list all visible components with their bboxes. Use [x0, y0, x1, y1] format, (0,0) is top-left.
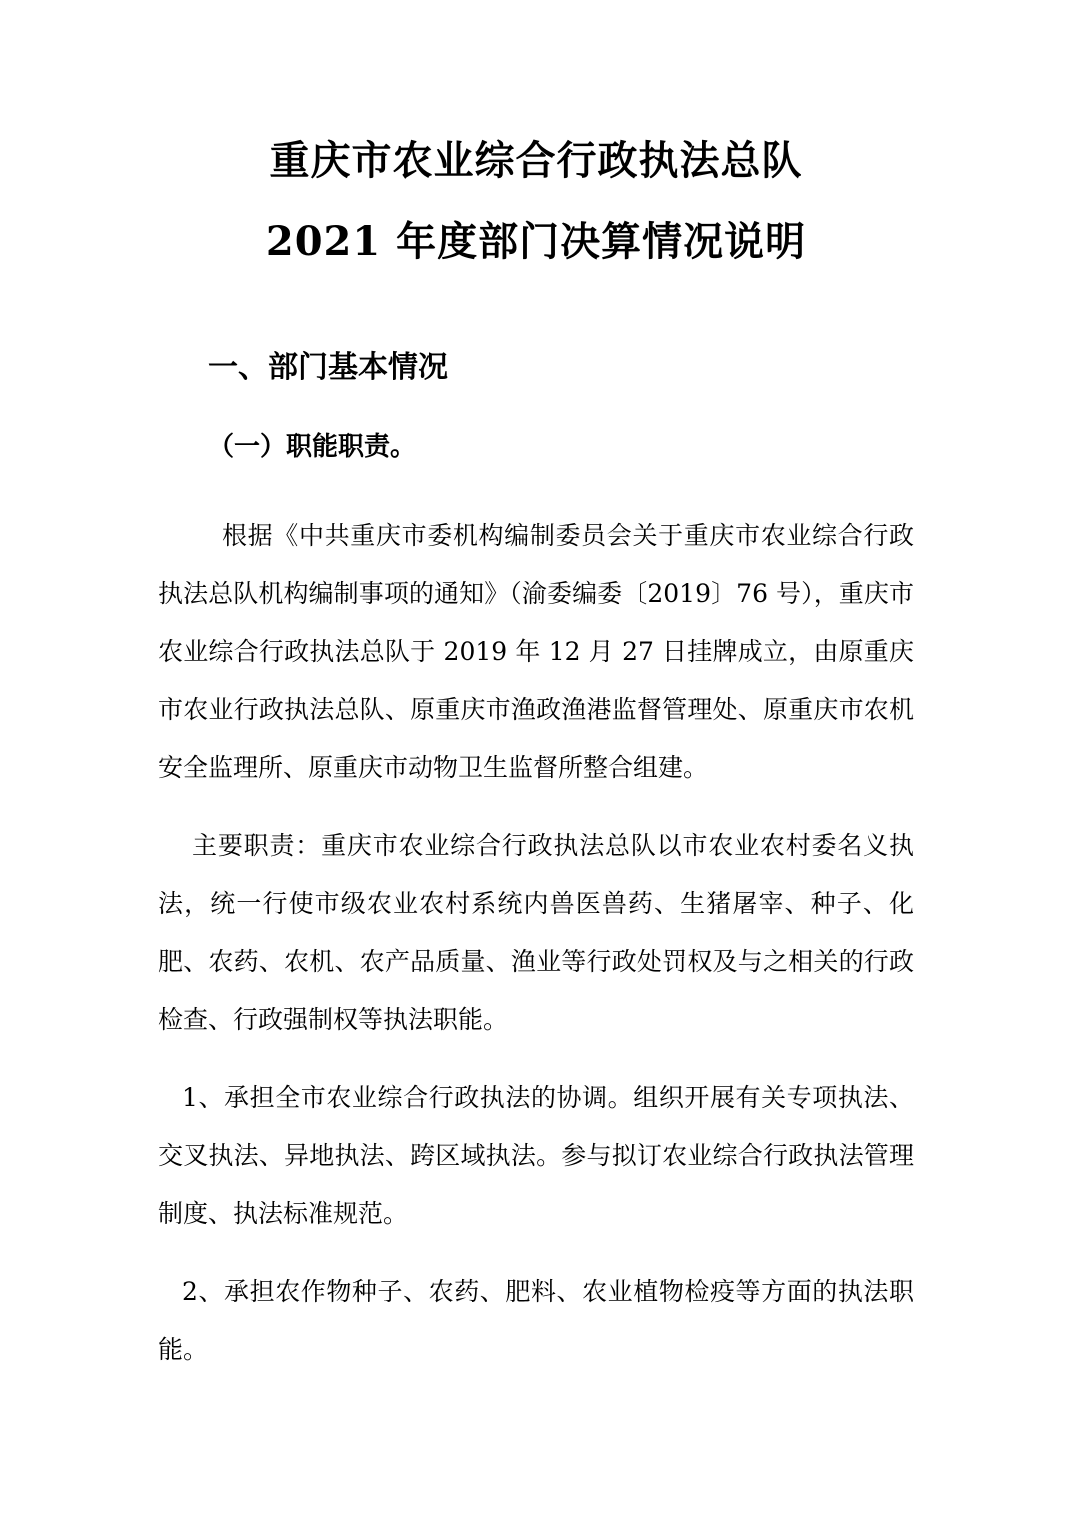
subsection-heading-duties: （一）职能职责。: [208, 428, 914, 466]
document-title-line-1: 重庆市农业综合行政执法总队: [158, 0, 914, 201]
document-title-line-2: 2021 年度部门决算情况说明: [158, 201, 914, 282]
paragraph-duty-item-2: 2、承担农作物种子、农药、肥料、农业植物检疫等方面的执法职能。: [158, 1263, 914, 1379]
paragraph-establishment: 根据《中共重庆市委机构编制委员会关于重庆市农业综合行政执法总队机构编制事项的通知…: [158, 507, 914, 797]
paragraph-duty-item-1: 1、承担全市农业综合行政执法的协调。组织开展有关专项执法、交叉执法、异地执法、跨…: [158, 1069, 914, 1243]
section-heading-basic-situation: 一、部门基本情况: [208, 346, 914, 390]
paragraph-main-duties: 主要职责：重庆市农业综合行政执法总队以市农业农村委名义执法，统一行使市级农业农村…: [158, 817, 914, 1049]
document-page: 重庆市农业综合行政执法总队 2021 年度部门决算情况说明 一、部门基本情况 （…: [0, 0, 1074, 1520]
